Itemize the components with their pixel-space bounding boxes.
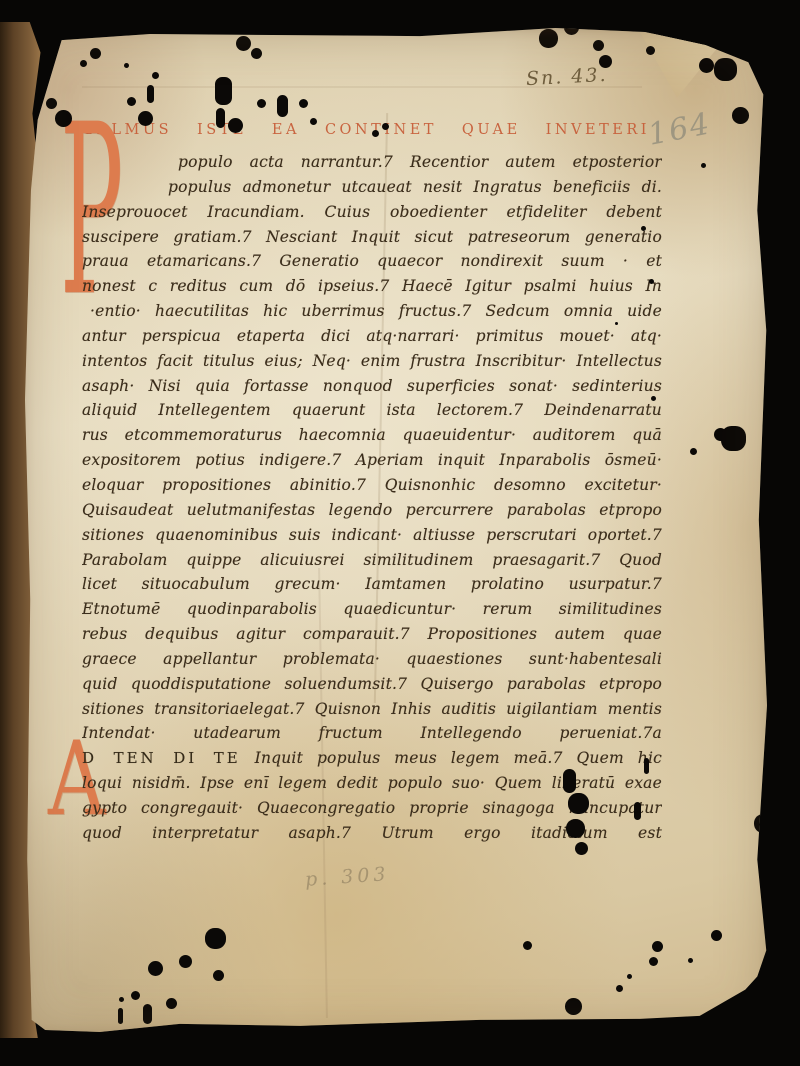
- manuscript-line: populus admonetur utcaueat nesit Ingratu…: [82, 175, 662, 200]
- manuscript-line: Inseprouocet Iracundiam. Cuius oboedient…: [82, 200, 662, 225]
- manuscript-line: Parabolam quippe alicuiusrei similitudin…: [82, 548, 662, 573]
- manuscript-line: ·entio· haecutilitas hic uberrimus fruct…: [82, 299, 662, 324]
- manuscript-line: loqui nisidm̄. Ipse enī legem dedit popu…: [82, 771, 662, 796]
- manuscript-line: aliquid Intellegentem quaerunt ista lect…: [82, 398, 662, 423]
- manuscript-line: graece appellantur problemata· quaestion…: [82, 647, 662, 672]
- shelfmark-annotation: Sn. 43.: [525, 64, 608, 90]
- rubric-title: SALMUS ISTE EA CONTINET QUAE INVETERI: [84, 122, 650, 144]
- manuscript-line: rus etcommemoraturus haecomnia quaeuiden…: [82, 423, 662, 448]
- manuscript-line: nonest c reditus cum dō ipseius.7 Haecē …: [82, 274, 662, 299]
- manuscript-line: intentos facit titulus eius; Neq· enim f…: [82, 349, 662, 374]
- manuscript-line: sitiones quaenominibus suis indicant· al…: [82, 523, 662, 548]
- manuscript-line: quid quoddisputatione soluendumsit.7 Qui…: [82, 672, 662, 697]
- bottom-pencil-note: p. 303: [304, 863, 390, 891]
- manuscript-line: quod interpretatur asaph.7 Utrum ergo it…: [82, 821, 662, 846]
- manuscript-line: Quisaudeat uelutmanifestas legendo percu…: [82, 498, 662, 523]
- manuscript-line: praua etamaricans.7 Generatio quaecor no…: [82, 249, 662, 274]
- manuscript-line: licet situocabulum grecum· Iamtamen prol…: [82, 572, 662, 597]
- manuscript-line: sitiones transitoriaelegat.7 Quisnon Inh…: [82, 697, 662, 722]
- manuscript-line: suscipere gratiam.7 Nesciant Inquit sicu…: [82, 225, 662, 250]
- manuscript-line: eloquar propositiones abinitio.7 Quisnon…: [82, 473, 662, 498]
- manuscript-line: expositorem potius indigere.7 Aperiam in…: [82, 448, 662, 473]
- manuscript-line-ad-tendite: D TEN DI TE Inquit populus meus legem me…: [82, 746, 662, 771]
- manuscript-line: gypto congregauit· Quaecongregatio propr…: [82, 796, 662, 821]
- manuscript-line: asaph· Nisi quia fortasse nonquod superf…: [82, 374, 662, 399]
- manuscript-line: antur perspicua etaperta dici atq·narrar…: [82, 324, 662, 349]
- manuscript-line: Intendat· utadearum fructum Intellegendo…: [82, 721, 662, 746]
- corner-pencil-annotation: 3: [738, 36, 748, 55]
- manuscript-photo: Sn. 43. 3 164 p. 303 SALMUS ISTE EA CONT…: [0, 0, 800, 1066]
- manuscript-line: populo acta narrantur.7 Recentior autem …: [82, 150, 662, 175]
- text-block: populo acta narrantur.7 Recentior autem …: [82, 150, 662, 846]
- manuscript-page: Sn. 43. 3 164 p. 303 SALMUS ISTE EA CONT…: [22, 28, 770, 1036]
- manuscript-line: Etnotumē quodinparabolis quaedicuntur· r…: [82, 597, 662, 622]
- corner-fold: [640, 30, 740, 102]
- ad-tendite-capitals: D TEN DI TE: [82, 749, 241, 767]
- folio-number: 164: [645, 106, 714, 152]
- manuscript-line: rebus dequibus agitur comparauit.7 Propo…: [82, 622, 662, 647]
